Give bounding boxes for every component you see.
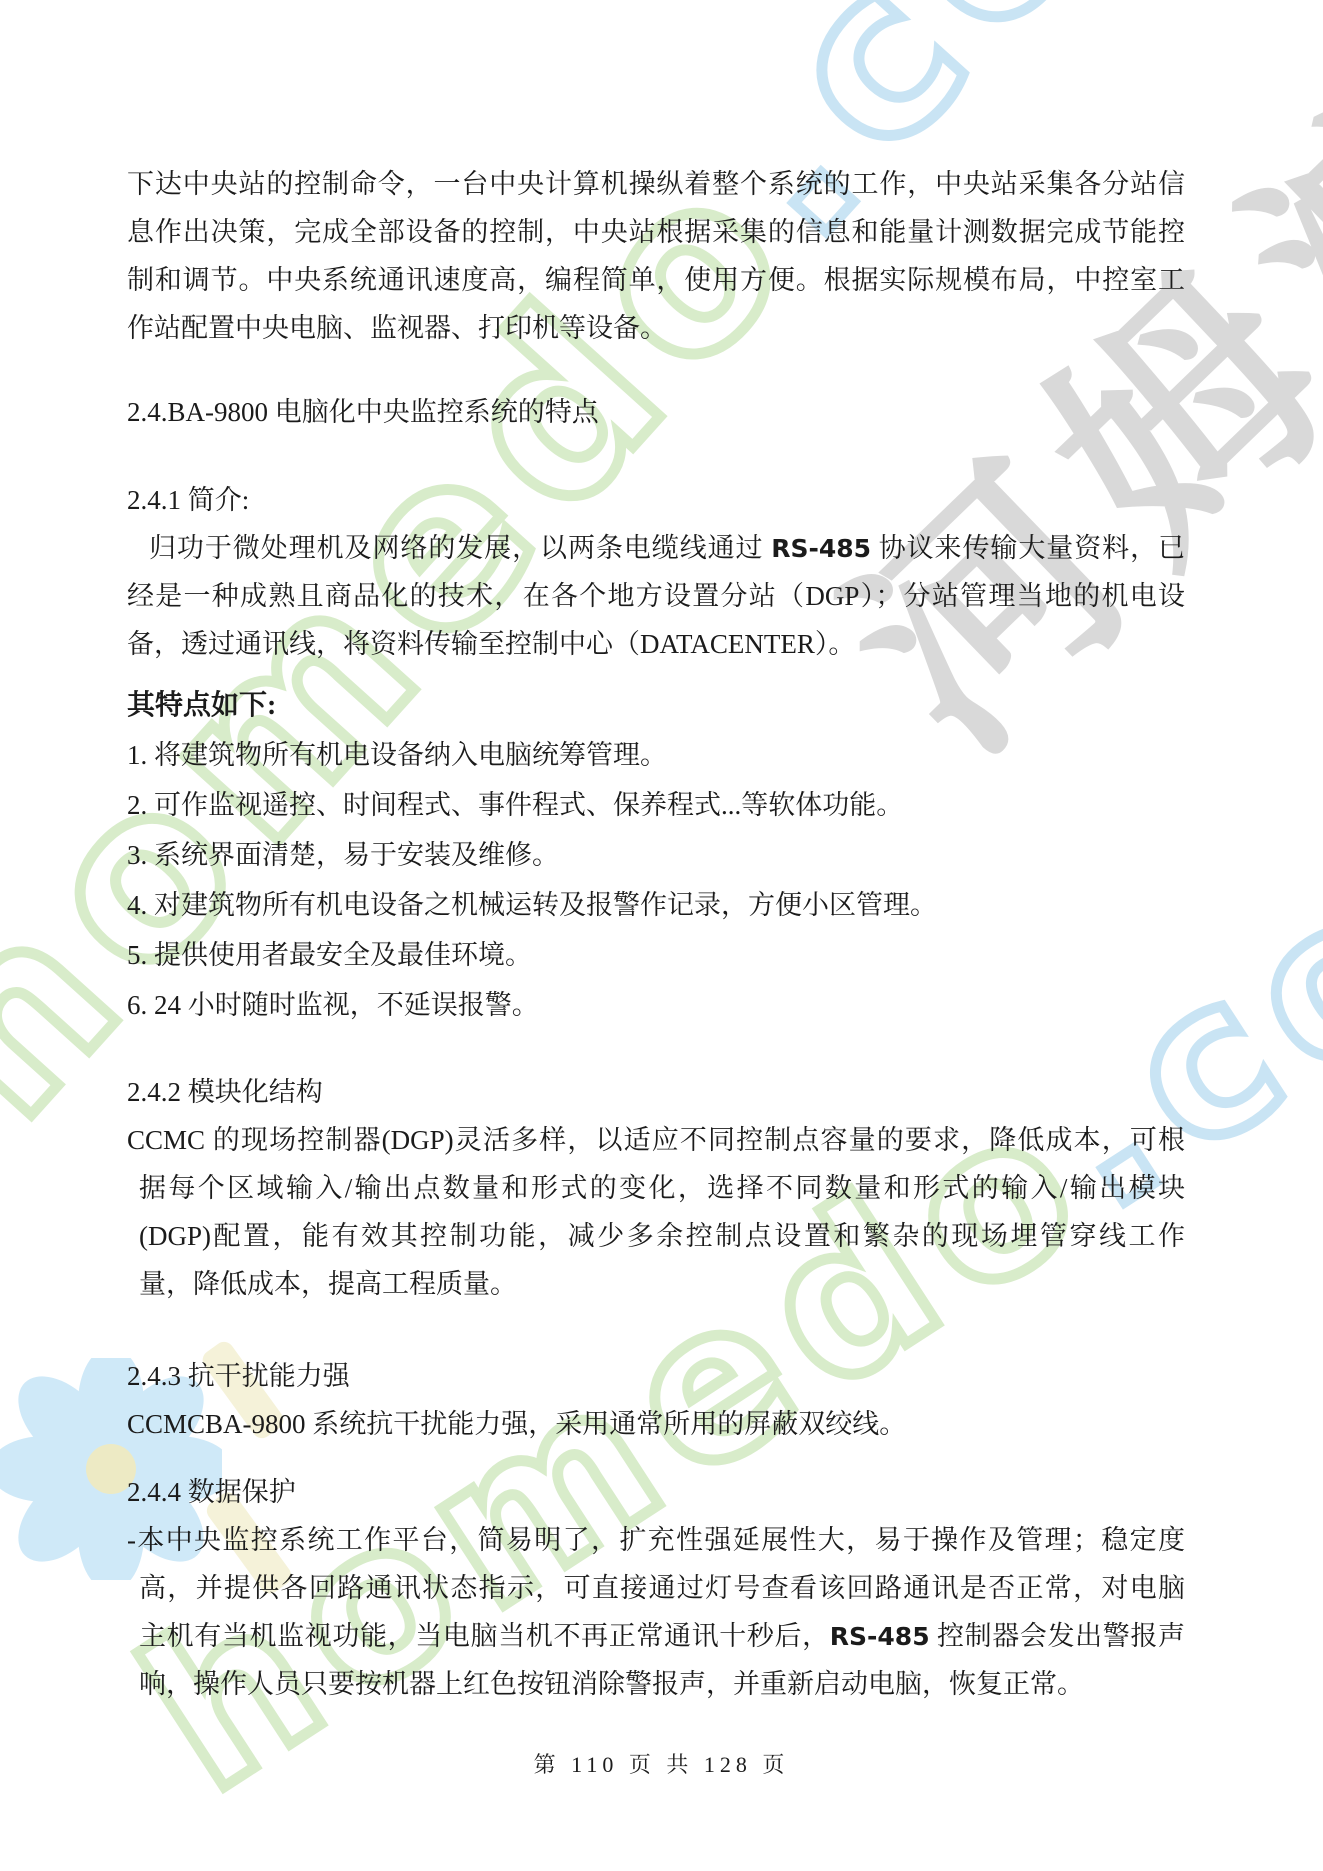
text-line: 响，操作人员只要按机器上红色按钮消除警报声，并重新启动电脑，恢复正常。 (139, 1660, 1185, 1708)
rs485-emphasis: RS-485 (830, 1622, 930, 1651)
list-item: 3. 系统界面清楚，易于安装及维修。 (127, 830, 1185, 880)
text-line: 下达中央站的控制命令，一台中央计算机操纵着整个系统的工作，中央站采集各分站信 (127, 160, 1185, 208)
block-list: 1. 将建筑物所有机电设备纳入电脑统筹管理。2. 可作监视遥控、时间程式、事件程… (127, 730, 1185, 1030)
text-line: -本中央监控系统工作平台，简易明了，扩充性强延展性大，易于操作及管理；稳定度 (127, 1516, 1185, 1564)
block-h: 2.4.4 数据保护 (127, 1468, 1185, 1516)
block-p: CCMCBA-9800 系统抗干扰能力强，采用通常所用的屏蔽双绞线。 (127, 1400, 1185, 1448)
text-line: CCMC 的现场控制器(DGP)灵活多样，以适应不同控制点容量的要求，降低成本，… (127, 1116, 1185, 1164)
text-line: 高，并提供各回路通讯状态指示，可直接通过灯号查看该回路通讯是否正常，对电脑 (139, 1564, 1185, 1612)
text-line: CCMCBA-9800 系统抗干扰能力强，采用通常所用的屏蔽双绞线。 (127, 1400, 1185, 1448)
text-line: 息作出决策，完成全部设备的控制，中央站根据采集的信息和能量计测数据完成节能控 (127, 208, 1185, 256)
list-item: 2. 可作监视遥控、时间程式、事件程式、保养程式...等软体功能。 (127, 780, 1185, 830)
document-body: 下达中央站的控制命令，一台中央计算机操纵着整个系统的工作，中央站采集各分站信息作… (127, 160, 1185, 1708)
text-line: 主机有当机监视功能，当电脑当机不再正常通讯十秒后，RS-485 控制器会发出警报… (139, 1612, 1185, 1660)
block-h: 2.4.1 简介: (127, 476, 1185, 524)
list-item: 5. 提供使用者最安全及最佳环境。 (127, 930, 1185, 980)
block-hb: 其特点如下: (127, 682, 1185, 730)
text-line: 2.4.3 抗干扰能力强 (127, 1352, 1185, 1400)
block-p: 归功于微处理机及网络的发展，以两条电缆线通过 RS-485 协议来传输大量资料，… (127, 524, 1185, 668)
text-line: 据每个区域输入/输出点数量和形式的变化，选择不同数量和形式的输入/输出模块 (139, 1164, 1185, 1212)
block-p: CCMC 的现场控制器(DGP)灵活多样，以适应不同控制点容量的要求，降低成本，… (127, 1116, 1185, 1308)
block-p: -本中央监控系统工作平台，简易明了，扩充性强延展性大，易于操作及管理；稳定度高，… (127, 1516, 1185, 1708)
text-line: 制和调节。中央系统通讯速度高，编程简单，使用方便。根据实际规模布局，中控室工 (127, 256, 1185, 304)
text-line: 量，降低成本，提高工程质量。 (139, 1260, 1185, 1308)
page-footer: 第 110 页 共 128 页 (0, 1748, 1323, 1779)
block-h: 2.4.2 模块化结构 (127, 1068, 1185, 1116)
text-line: 经是一种成熟且商品化的技术，在各个地方设置分站（DGP）；分站管理当地的机电设 (127, 572, 1185, 620)
text-line: (DGP)配置，能有效其控制功能，减少多余控制点设置和繁杂的现场埋管穿线工作 (139, 1212, 1185, 1260)
text-line: 2.4.2 模块化结构 (127, 1068, 1185, 1116)
text-line: 备，透过通讯线，将资料传输至控制中心（DATACENTER）。 (127, 620, 1185, 668)
block-h: 2.4.3 抗干扰能力强 (127, 1352, 1185, 1400)
document-page: homedo.com 河姆渡 homedo.com 下达中央站的控制命令，一台中… (0, 0, 1323, 1871)
list-item: 6. 24 小时随时监视，不延误报警。 (127, 980, 1185, 1030)
text-line: 2.4.1 简介: (127, 476, 1185, 524)
text-line: 归功于微处理机及网络的发展，以两条电缆线通过 RS-485 协议来传输大量资料，… (149, 524, 1185, 572)
page-number: 第 110 页 共 128 页 (534, 1752, 790, 1777)
text-line: 2.4.BA-9800 电脑化中央监控系统的特点 (127, 388, 1185, 436)
list-item: 4. 对建筑物所有机电设备之机械运转及报警作记录，方便小区管理。 (127, 880, 1185, 930)
text-line: 其特点如下: (127, 682, 1185, 730)
text-line: 作站配置中央电脑、监视器、打印机等设备。 (127, 304, 1185, 352)
rs485-emphasis: RS-485 (771, 534, 871, 563)
list-item: 1. 将建筑物所有机电设备纳入电脑统筹管理。 (127, 730, 1185, 780)
block-h: 2.4.BA-9800 电脑化中央监控系统的特点 (127, 388, 1185, 436)
block-p: 下达中央站的控制命令，一台中央计算机操纵着整个系统的工作，中央站采集各分站信息作… (127, 160, 1185, 352)
text-line: 2.4.4 数据保护 (127, 1468, 1185, 1516)
